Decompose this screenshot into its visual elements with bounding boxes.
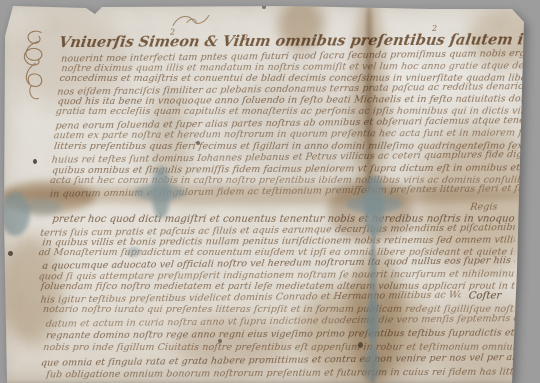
manuscript-paper: Vniuerſis Simeon & Vilum omnibus preſent… <box>0 0 540 383</box>
manuscript-photo: Vniuerſis Simeon & Vilum omnibus preſent… <box>0 0 540 383</box>
paper-grain-texture <box>0 0 540 383</box>
paper-shadow-wrap: Vniuerſis Simeon & Vilum omnibus preſent… <box>0 0 540 383</box>
